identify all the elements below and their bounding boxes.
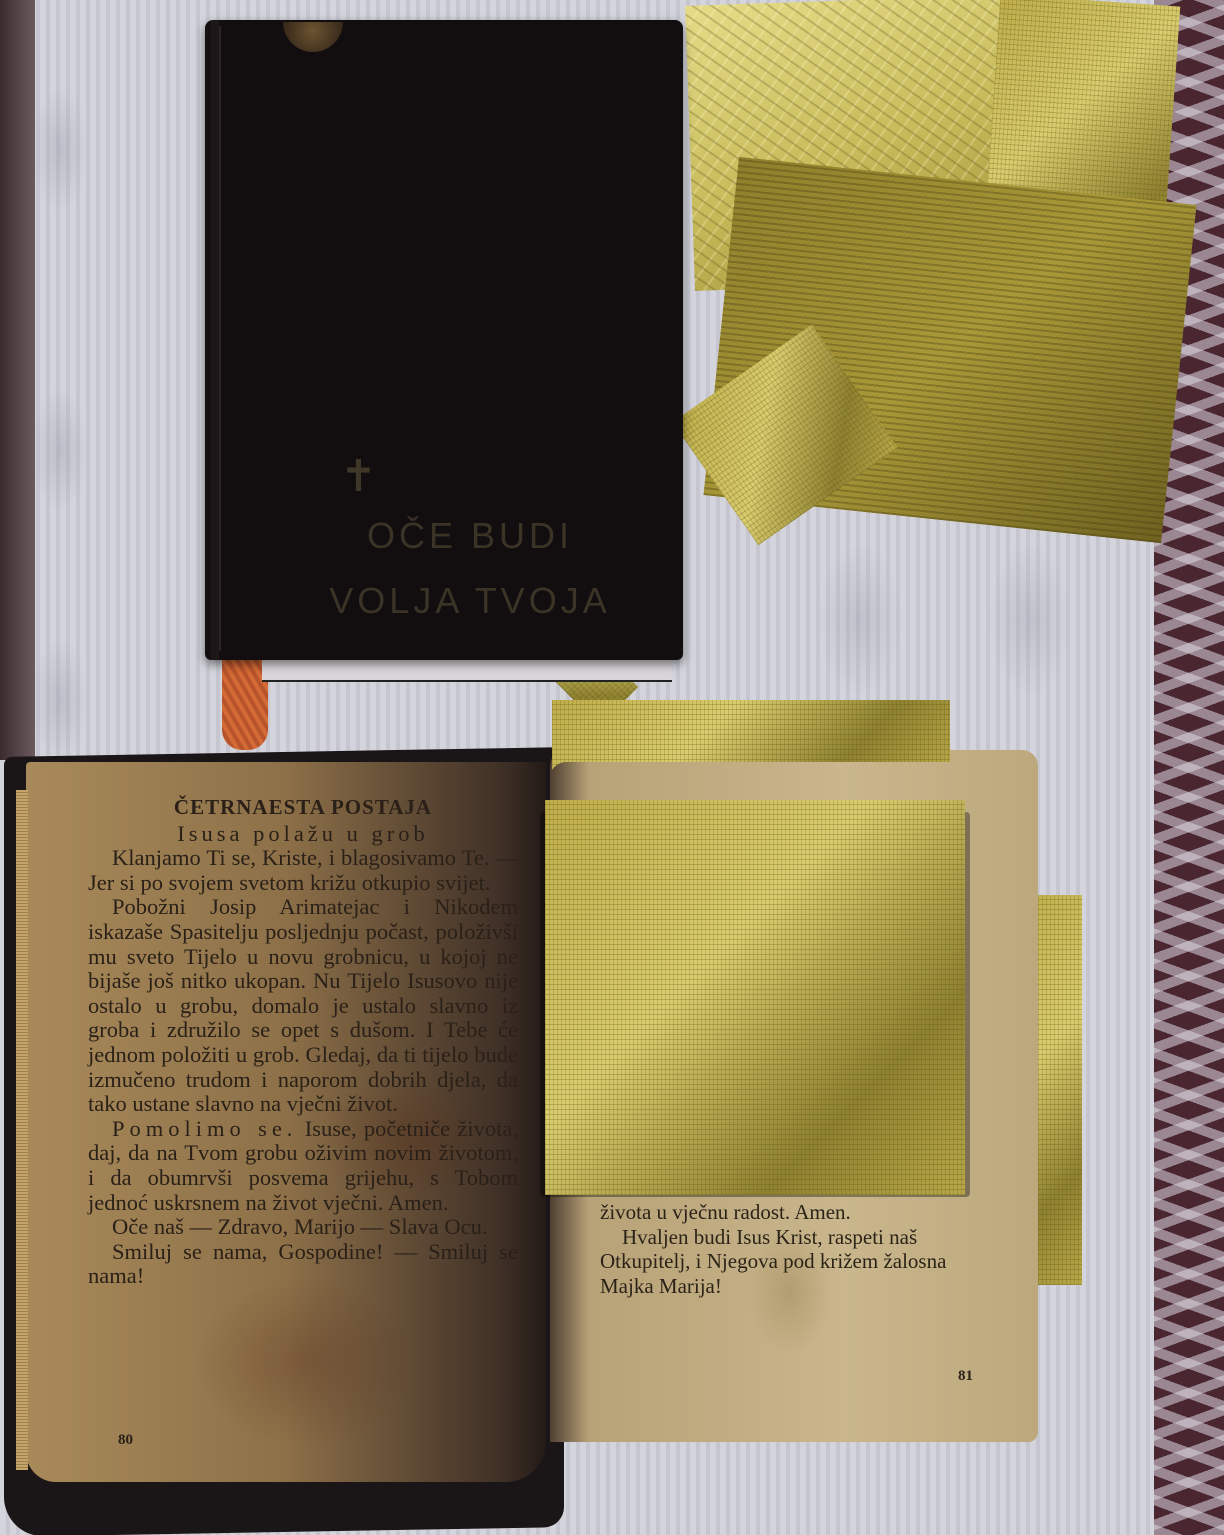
page-number-right: 81 [958, 1368, 973, 1385]
cross-icon: ✝ [340, 455, 370, 499]
prayer-lead: Pomolimo se. [112, 1116, 297, 1141]
cover-title-line-1: OČE BUDI [305, 515, 635, 557]
closed-book-page-edges [262, 658, 672, 682]
cover-emblem [283, 22, 343, 52]
closing-1: Oče naš — Zdravo, Marijo — Slava Ocu. [88, 1215, 518, 1240]
gold-foil-behind-page [552, 700, 950, 770]
page-number-left: 80 [118, 1432, 133, 1449]
left-page-text: ČETRNAESTA POSTAJA Isusa polažu u grob K… [88, 795, 518, 1289]
prayer: Pomolimo se. Isuse, početniče života, da… [88, 1117, 518, 1215]
table-edge [0, 0, 35, 760]
paragraph-2: Pobožni Josip Arimatejac i Nikodem iskaz… [88, 895, 518, 1116]
station-subheading: Isusa polažu u grob [88, 822, 518, 847]
right-paragraph: Hvaljen budi Isus Krist, raspeti naš Otk… [600, 1225, 990, 1299]
page-block-edge [16, 790, 28, 1470]
closing-2: Smiluj se nama, Gospodine! — Smiluj se n… [88, 1240, 518, 1289]
gold-foil-on-page [545, 800, 965, 1195]
partial-line: života u vječnu radost. Amen. [600, 1200, 990, 1225]
spine-line [219, 26, 221, 651]
station-heading: ČETRNAESTA POSTAJA [88, 795, 518, 820]
right-page-text: života u vječnu radost. Amen. Hvaljen bu… [600, 1200, 990, 1298]
cover-title-line-2: VOLJA TVOJA [305, 580, 635, 622]
closed-prayer-book: ✝ OČE BUDI VOLJA TVOJA [205, 20, 683, 660]
paragraph-1: Klanjamo Ti se, Kriste, i blagosivamo Te… [88, 846, 518, 895]
